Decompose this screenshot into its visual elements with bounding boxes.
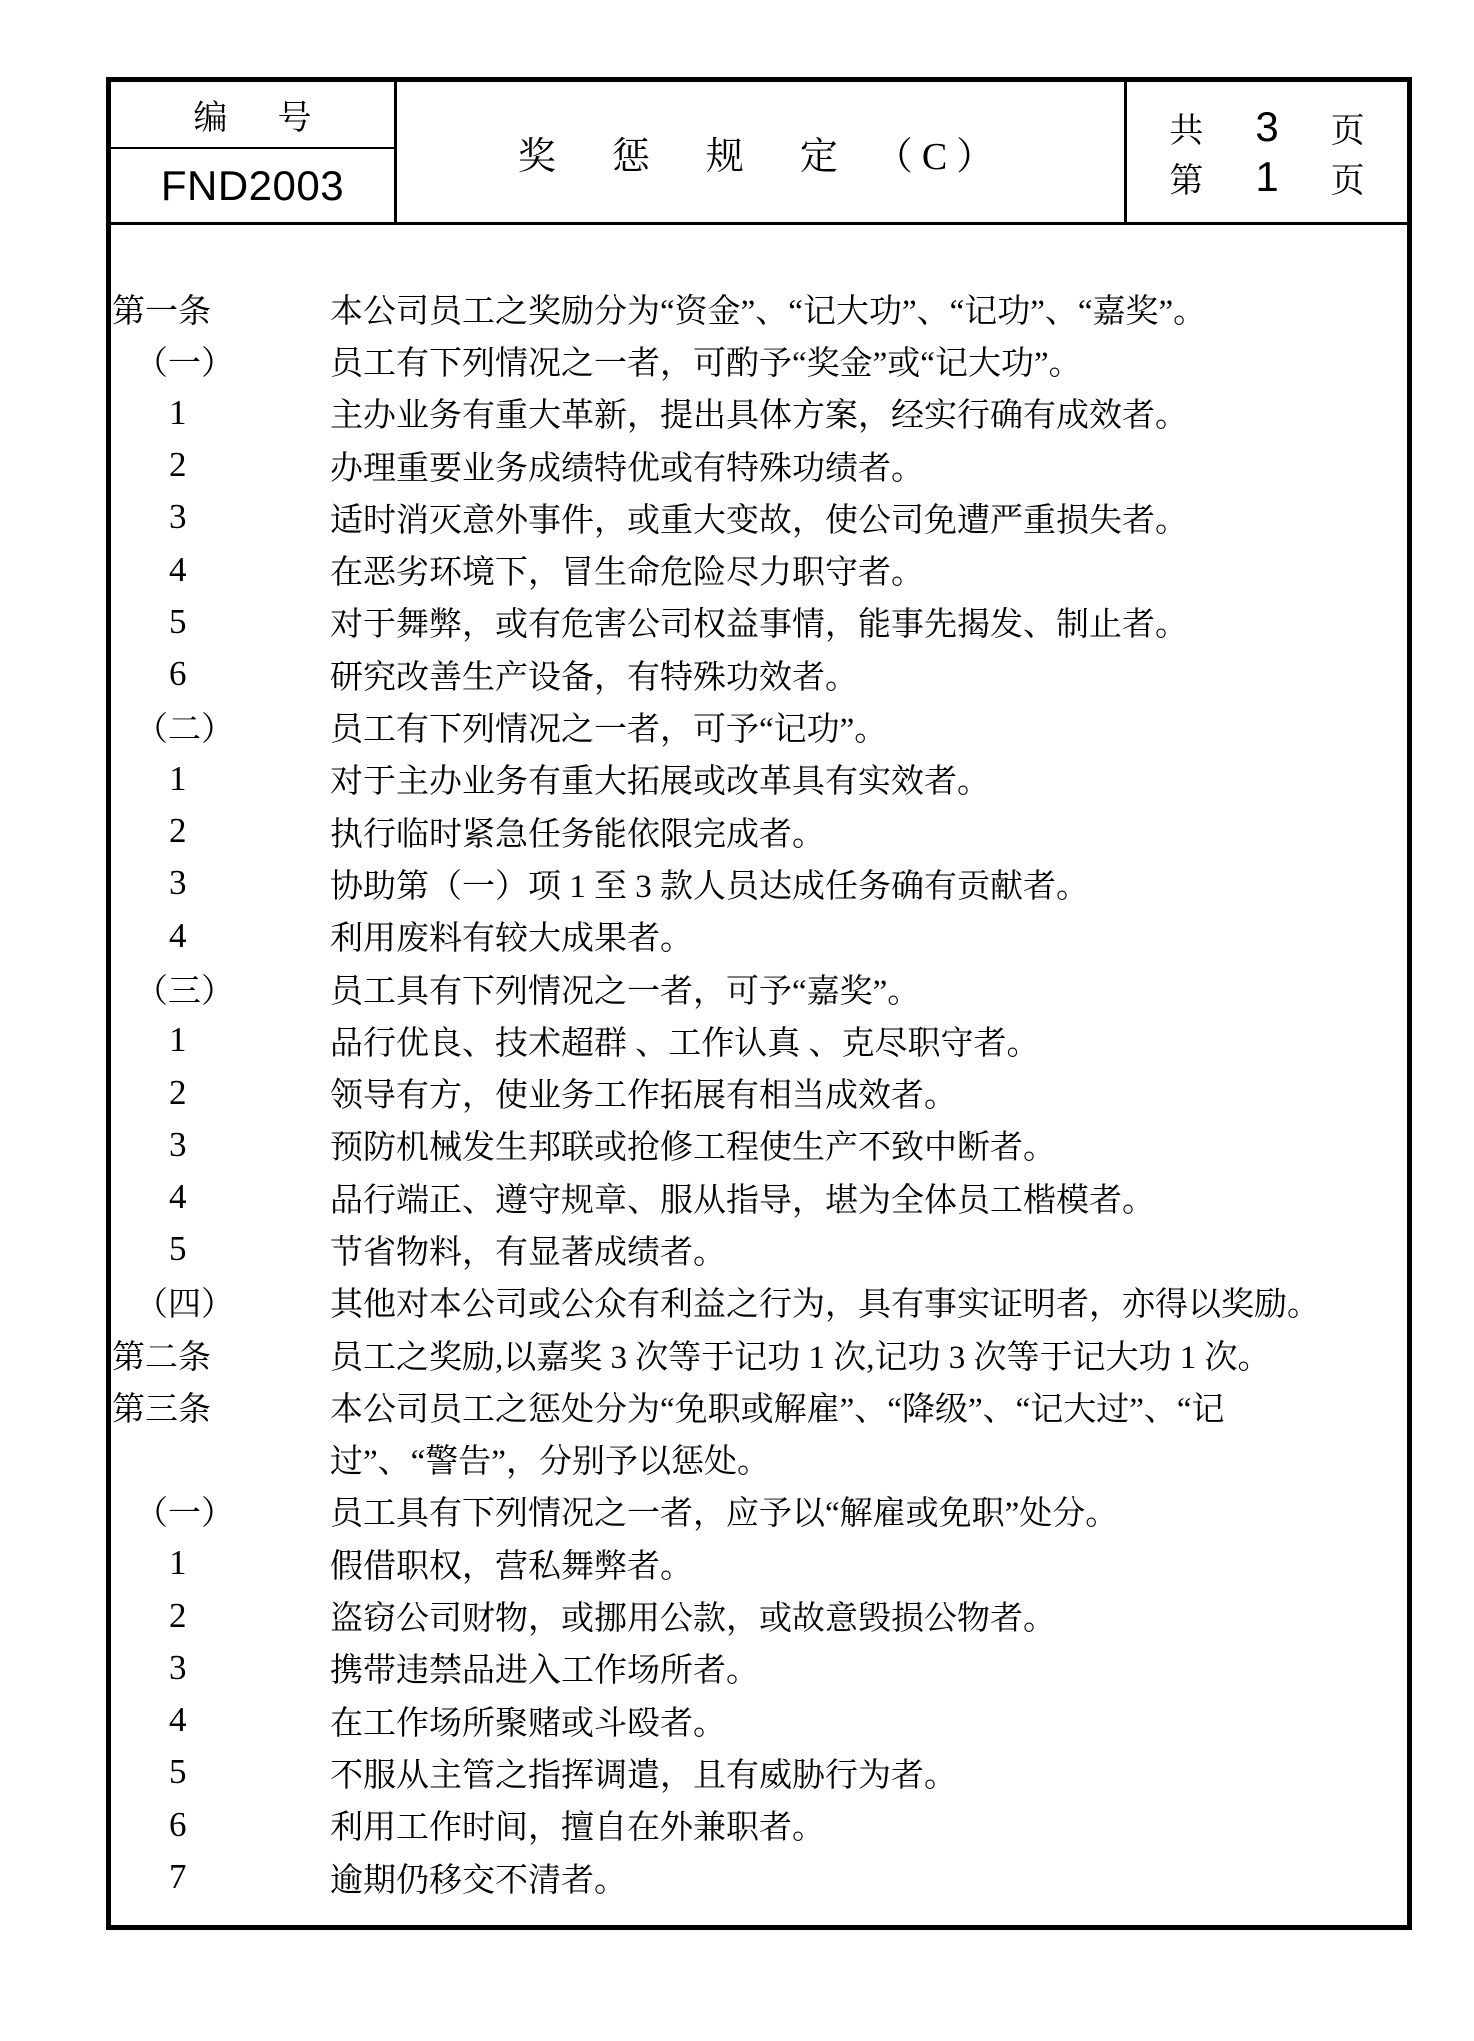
clause-label: 5 bbox=[111, 602, 330, 642]
clause-row: 1 对于主办业务有重大拓展或改革具有实效者。 bbox=[111, 753, 1407, 805]
code-value: FND2003 bbox=[111, 149, 394, 222]
clause-row: 3 适时消灭意外事件，或重大变故，使公司免遭严重损失者。 bbox=[111, 491, 1407, 543]
clause-text: 盗窃公司财物，或挪用公款，或故意毁损公物者。 bbox=[330, 1592, 1407, 1639]
document-frame: 编 号 FND2003 奖 惩 规 定 （C） 共 3 页 第 1 页 bbox=[106, 77, 1412, 1930]
code-label: 编 号 bbox=[111, 82, 394, 149]
clause-text: 适时消灭意外事件，或重大变故，使公司免遭严重损失者。 bbox=[330, 494, 1407, 541]
clause-text: 办理重要业务成绩特优或有特殊功绩者。 bbox=[330, 442, 1407, 489]
clause-row: 2 盗窃公司财物，或挪用公款，或故意毁损公物者。 bbox=[111, 1589, 1407, 1641]
document-body: 第一条 本公司员工之奖励分为“资金”、“记大功”、“记功”、“嘉奖”。 （一） … bbox=[111, 225, 1407, 1903]
clause-text: 员工有下列情况之一者，可酌予“奖金”或“记大功”。 bbox=[330, 337, 1407, 384]
clause-text: 对于舞弊，或有危害公司权益事情，能事先揭发、制止者。 bbox=[330, 598, 1407, 645]
title-cell: 奖 惩 规 定 （C） bbox=[397, 82, 1124, 222]
clause-label: 1 bbox=[111, 1020, 330, 1060]
clause-text: 研究改善生产设备，有特殊功效者。 bbox=[330, 651, 1407, 698]
clause-label: （二） bbox=[111, 703, 330, 750]
current-page-suffix: 页 bbox=[1331, 153, 1365, 202]
clause-text: 员工具有下列情况之一者，可予“嘉奖”。 bbox=[330, 965, 1407, 1012]
document-title: 奖 惩 规 定 （C） bbox=[518, 125, 1003, 180]
clause-label: 3 bbox=[111, 863, 330, 903]
clause-text: 对于主办业务有重大拓展或改革具有实效者。 bbox=[330, 755, 1407, 802]
clause-label: 4 bbox=[111, 916, 330, 956]
clause-label: 4 bbox=[111, 1700, 330, 1740]
clause-row: 1 假借职权，营私舞弊者。 bbox=[111, 1537, 1407, 1589]
document-page: 编 号 FND2003 奖 惩 规 定 （C） 共 3 页 第 1 页 bbox=[0, 0, 1474, 2041]
clause-text: 利用废料有较大成果者。 bbox=[330, 912, 1407, 959]
clause-row: 2 领导有方，使业务工作拓展有相当成效者。 bbox=[111, 1066, 1407, 1118]
clause-label: 2 bbox=[111, 1596, 330, 1636]
clause-text: 逾期仍移交不清者。 bbox=[330, 1854, 1407, 1901]
clause-label: 6 bbox=[111, 654, 330, 694]
total-pages-number: 3 bbox=[1255, 102, 1278, 152]
clause-row: （二） 员工有下列情况之一者，可予“记功”。 bbox=[111, 700, 1407, 752]
clause-row: 2 执行临时紧急任务能依限完成者。 bbox=[111, 805, 1407, 857]
clause-label: 2 bbox=[111, 445, 330, 485]
clause-label: 2 bbox=[111, 1073, 330, 1113]
clause-text: 协助第（一）项 1 至 3 款人员达成任务确有贡献者。 bbox=[330, 860, 1407, 907]
clause-text: 员工有下列情况之一者，可予“记功”。 bbox=[330, 703, 1407, 750]
clause-text: 假借职权，营私舞弊者。 bbox=[330, 1540, 1407, 1587]
clause-text: 品行端正、遵守规章、服从指导，堪为全体员工楷模者。 bbox=[330, 1174, 1407, 1221]
clause-label: 1 bbox=[111, 1543, 330, 1583]
clause-label: 第二条 bbox=[111, 1331, 330, 1378]
clause-row: 第二条 员工之奖励,以嘉奖 3 次等于记功 1 次,记功 3 次等于记大功 1 … bbox=[111, 1328, 1407, 1380]
clause-label: 1 bbox=[111, 393, 330, 433]
clause-row: 1 品行优良、技术超群 、工作认真 、克尽职守者。 bbox=[111, 1014, 1407, 1066]
clause-label: （一） bbox=[111, 337, 330, 384]
clause-label: 3 bbox=[111, 1648, 330, 1688]
clause-label: 第一条 bbox=[111, 285, 330, 332]
clause-row: 5 对于舞弊，或有危害公司权益事情，能事先揭发、制止者。 bbox=[111, 596, 1407, 648]
clause-row: 4 品行端正、遵守规章、服从指导，堪为全体员工楷模者。 bbox=[111, 1171, 1407, 1223]
clause-text: 领导有方，使业务工作拓展有相当成效者。 bbox=[330, 1069, 1407, 1116]
clause-text: 执行临时紧急任务能依限完成者。 bbox=[330, 808, 1407, 855]
clause-row: 7 逾期仍移交不清者。 bbox=[111, 1851, 1407, 1903]
clause-text: 节省物料，有显著成绩者。 bbox=[330, 1226, 1407, 1273]
clause-label: 6 bbox=[111, 1805, 330, 1845]
clause-row: 5 不服从主管之指挥调遣，且有威胁行为者。 bbox=[111, 1746, 1407, 1798]
current-page-line: 第 1 页 bbox=[1127, 152, 1407, 202]
clause-label: 4 bbox=[111, 550, 330, 590]
clause-row: 第一条 本公司员工之奖励分为“资金”、“记大功”、“记功”、“嘉奖”。 bbox=[111, 282, 1407, 334]
clause-row: 4 利用废料有较大成果者。 bbox=[111, 910, 1407, 962]
current-page-prefix: 第 bbox=[1169, 153, 1203, 202]
clause-text: 在工作场所聚赌或斗殴者。 bbox=[330, 1697, 1407, 1744]
pages-cell: 共 3 页 第 1 页 bbox=[1124, 82, 1407, 222]
clause-row: 5 节省物料，有显著成绩者。 bbox=[111, 1223, 1407, 1275]
clause-row: 2 办理重要业务成绩特优或有特殊功绩者。 bbox=[111, 439, 1407, 491]
clause-row: 1 主办业务有重大革新，提出具体方案，经实行确有成效者。 bbox=[111, 387, 1407, 439]
clause-label: 2 bbox=[111, 811, 330, 851]
clause-row: 3 协助第（一）项 1 至 3 款人员达成任务确有贡献者。 bbox=[111, 857, 1407, 909]
clause-row: 6 利用工作时间，擅自在外兼职者。 bbox=[111, 1799, 1407, 1851]
clause-text: 携带违禁品进入工作场所者。 bbox=[330, 1644, 1407, 1691]
code-cell: 编 号 FND2003 bbox=[111, 82, 397, 222]
clause-text: 预防机械发生邦联或抢修工程使生产不致中断者。 bbox=[330, 1121, 1407, 1168]
clause-row: 3 预防机械发生邦联或抢修工程使生产不致中断者。 bbox=[111, 1119, 1407, 1171]
clause-row: 4 在恶劣环境下，冒生命危险尽力职守者。 bbox=[111, 543, 1407, 595]
clause-text: 本公司员工之惩处分为“免职或解雇”、“降级”、“记大过”、“记 bbox=[330, 1383, 1407, 1430]
clause-label: 7 bbox=[111, 1857, 330, 1897]
clause-row: （四） 其他对本公司或公众有利益之行为，具有事实证明者，亦得以奖励。 bbox=[111, 1276, 1407, 1328]
clause-text: 员工之奖励,以嘉奖 3 次等于记功 1 次,记功 3 次等于记大功 1 次。 bbox=[330, 1331, 1407, 1378]
clause-text: 本公司员工之奖励分为“资金”、“记大功”、“记功”、“嘉奖”。 bbox=[330, 285, 1407, 332]
clause-label: 5 bbox=[111, 1752, 330, 1792]
clause-text: 利用工作时间，擅自在外兼职者。 bbox=[330, 1801, 1407, 1848]
header-table: 编 号 FND2003 奖 惩 规 定 （C） 共 3 页 第 1 页 bbox=[111, 82, 1407, 225]
clause-label: 第三条 bbox=[111, 1383, 330, 1430]
clause-label: 5 bbox=[111, 1229, 330, 1269]
clause-row: 6 研究改善生产设备，有特殊功效者。 bbox=[111, 648, 1407, 700]
clause-row: 过”、“警告”，分别予以惩处。 bbox=[111, 1433, 1407, 1485]
clause-text: 在恶劣环境下，冒生命危险尽力职守者。 bbox=[330, 546, 1407, 593]
clause-text: 过”、“警告”，分别予以惩处。 bbox=[330, 1435, 1407, 1482]
clause-label: 1 bbox=[111, 759, 330, 799]
clause-label: （三） bbox=[111, 965, 330, 1012]
clause-text: 其他对本公司或公众有利益之行为，具有事实证明者，亦得以奖励。 bbox=[330, 1278, 1407, 1325]
clause-row: 3 携带违禁品进入工作场所者。 bbox=[111, 1642, 1407, 1694]
clause-text: 员工具有下列情况之一者，应予以“解雇或免职”处分。 bbox=[330, 1487, 1407, 1534]
clause-label: 3 bbox=[111, 1125, 330, 1165]
clause-label: 4 bbox=[111, 1177, 330, 1217]
total-pages-line: 共 3 页 bbox=[1127, 102, 1407, 152]
clause-row: 4 在工作场所聚赌或斗殴者。 bbox=[111, 1694, 1407, 1746]
clause-row: 第三条 本公司员工之惩处分为“免职或解雇”、“降级”、“记大过”、“记 bbox=[111, 1380, 1407, 1432]
clause-row: （一） 员工有下列情况之一者，可酌予“奖金”或“记大功”。 bbox=[111, 334, 1407, 386]
clause-row: （三） 员工具有下列情况之一者，可予“嘉奖”。 bbox=[111, 962, 1407, 1014]
clause-text: 不服从主管之指挥调遣，且有威胁行为者。 bbox=[330, 1749, 1407, 1796]
clause-row: （一） 员工具有下列情况之一者，应予以“解雇或免职”处分。 bbox=[111, 1485, 1407, 1537]
clause-text: 主办业务有重大革新，提出具体方案，经实行确有成效者。 bbox=[330, 389, 1407, 436]
total-pages-prefix: 共 bbox=[1169, 103, 1203, 152]
clause-label: （四） bbox=[111, 1278, 330, 1325]
total-pages-suffix: 页 bbox=[1331, 103, 1365, 152]
clause-text: 品行优良、技术超群 、工作认真 、克尽职守者。 bbox=[330, 1017, 1407, 1064]
current-page-number: 1 bbox=[1255, 152, 1278, 202]
clause-label: （一） bbox=[111, 1487, 330, 1534]
clause-label: 3 bbox=[111, 497, 330, 537]
